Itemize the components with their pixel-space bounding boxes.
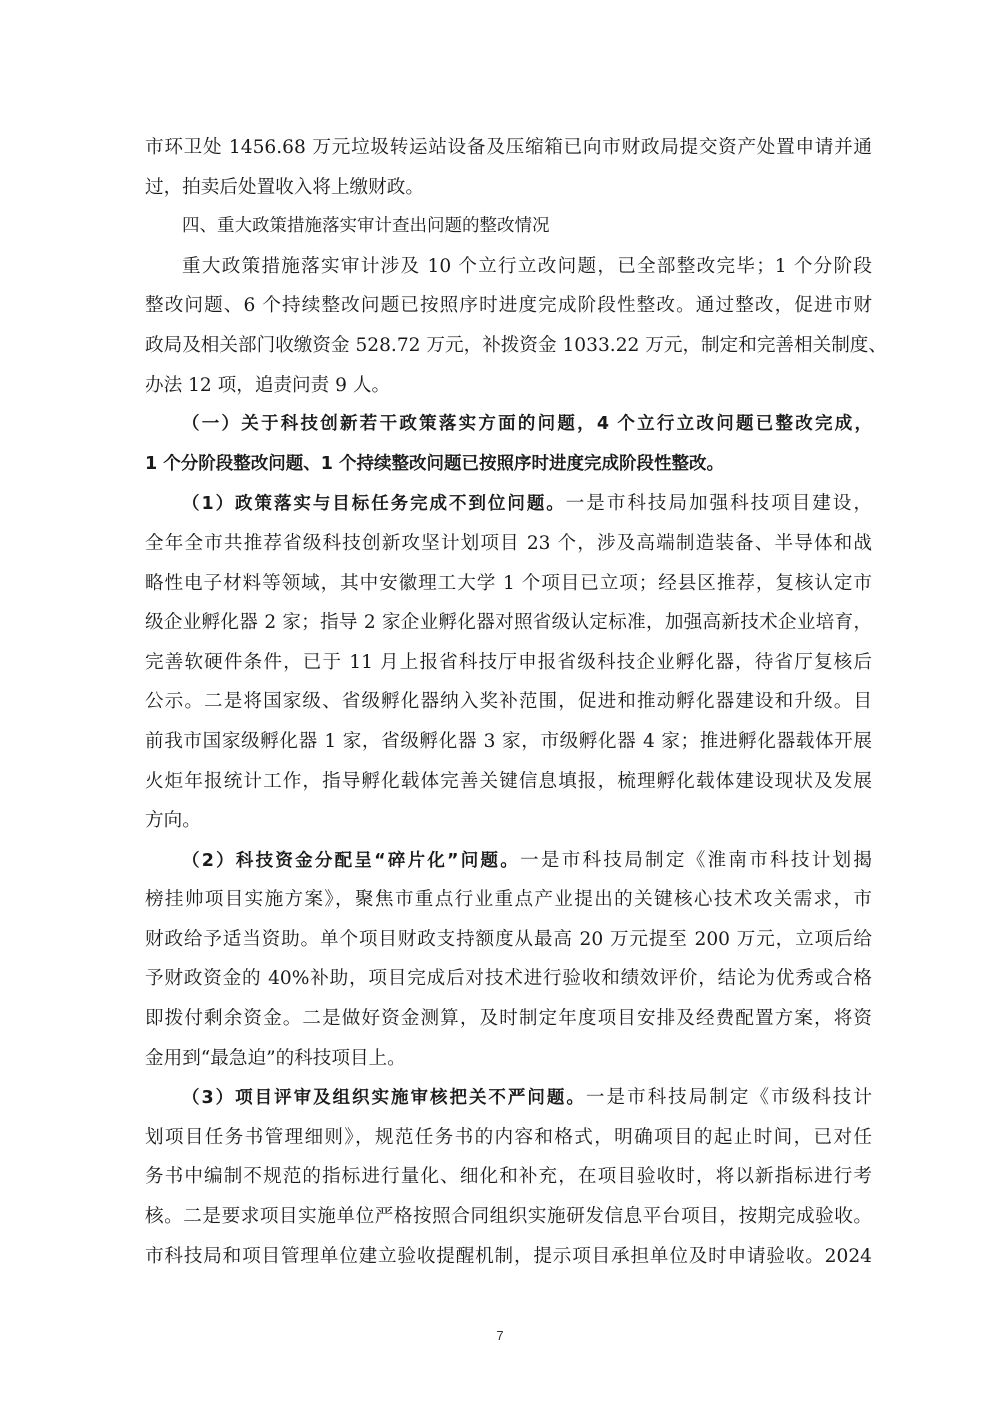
text-line: （3）项目评审及组织实施审核把关不严问题。一是市科技局制定《市级科技计	[145, 1078, 872, 1118]
item-1-paragraph: （1）政策落实与目标任务完成不到位问题。一是市科技局加强科技项目建设， 全年全市…	[145, 484, 872, 840]
text-line: 市环卫处 1456.68 万元垃圾转运站设备及压缩箱已向市财政局提交资产处置申请…	[145, 128, 872, 168]
text-line: 财政给予适当资助。单个项目财政支持额度从最高 20 万元提至 200 万元，立项…	[145, 920, 872, 960]
item-title: （3）项目评审及组织实施审核把关不严问题。	[182, 1088, 586, 1108]
text-line: 整改问题、6 个持续整改问题已按照序时进度完成阶段性整改。通过整改，促进市财	[145, 286, 872, 326]
text-line: 金用到“最急迫”的科技项目上。	[145, 1039, 872, 1079]
item-2-paragraph: （2）科技资金分配呈“碎片化”问题。一是市科技局制定《淮南市科技计划揭 榜挂帅项…	[145, 841, 872, 1079]
text-line: 政局及相关部门收缴资金 528.72 万元，补拨资金 1033.22 万元，制定…	[145, 326, 872, 366]
text-line: 榜挂帅项目实施方案》，聚焦市重点行业重点产业提出的关键核心技术攻关需求，市	[145, 880, 872, 920]
summary-paragraph: 重大政策措施落实审计涉及 10 个立行立改问题，已全部整改完毕；1 个分阶段 整…	[145, 247, 872, 405]
text-line: 予财政资金的 40%补助，项目完成后对技术进行验收和绩效评价，结论为优秀或合格	[145, 959, 872, 999]
item-3-paragraph: （3）项目评审及组织实施审核把关不严问题。一是市科技局制定《市级科技计 划项目任…	[145, 1078, 872, 1276]
item-title: （1）政策落实与目标任务完成不到位问题。	[182, 494, 566, 514]
text-line: 即拨付剩余资金。二是做好资金测算，及时制定年度项目安排及经费配置方案，将资	[145, 999, 872, 1039]
text-line: 市科技局和项目管理单位建立验收提醒机制，提示项目承担单位及时申请验收。2024	[145, 1237, 872, 1277]
text-line: 火炬年报统计工作，指导孵化载体完善关键信息填报，梳理孵化载体建设现状及发展	[145, 762, 872, 802]
text-line: 过，拍卖后处置收入将上缴财政。	[145, 168, 872, 208]
text-line: 方向。	[145, 801, 872, 841]
text-line: 1 个分阶段整改问题、1 个持续整改问题已按照序时进度完成阶段性整改。	[145, 445, 872, 485]
text-line: （1）政策落实与目标任务完成不到位问题。一是市科技局加强科技项目建设，	[145, 484, 872, 524]
text-line: （2）科技资金分配呈“碎片化”问题。一是市科技局制定《淮南市科技计划揭	[145, 841, 872, 881]
page-number: 7	[0, 1328, 1000, 1343]
text-line: 重大政策措施落实审计涉及 10 个立行立改问题，已全部整改完毕；1 个分阶段	[145, 247, 872, 287]
text-line: 公示。二是将国家级、省级孵化器纳入奖补范围，促进和推动孵化器建设和升级。目	[145, 682, 872, 722]
document-page: 市环卫处 1456.68 万元垃圾转运站设备及压缩箱已向市财政局提交资产处置申请…	[145, 128, 872, 1276]
text-line: 务书中编制不规范的指标进行量化、细化和补充，在项目验收时，将以新指标进行考	[145, 1157, 872, 1197]
text-line: 略性电子材料等领域，其中安徽理工大学 1 个项目已立项；经县区推荐，复核认定市	[145, 564, 872, 604]
continuation-paragraph: 市环卫处 1456.68 万元垃圾转运站设备及压缩箱已向市财政局提交资产处置申请…	[145, 128, 872, 207]
text-line: 办法 12 项，追责问责 9 人。	[145, 366, 872, 406]
text-line: 划项目任务书管理细则》，规范任务书的内容和格式，明确项目的起止时间，已对任	[145, 1118, 872, 1158]
subsection-heading: （一）关于科技创新若干政策落实方面的问题，4 个立行立改问题已整改完成， 1 个…	[145, 405, 872, 484]
item-text: 一是市科技局制定《市级科技计	[586, 1087, 872, 1108]
section-heading: 四、重大政策措施落实审计查出问题的整改情况	[145, 207, 872, 247]
text-line: 级企业孵化器 2 家；指导 2 家企业孵化器对照省级认定标准，加强高新技术企业培…	[145, 603, 872, 643]
item-text: 一是市科技局制定《淮南市科技计划揭	[520, 850, 872, 871]
item-title: （2）科技资金分配呈“碎片化”问题。	[182, 851, 520, 871]
item-text: 一是市科技局加强科技项目建设，	[566, 493, 872, 514]
text-line: 核。二是要求项目实施单位严格按照合同组织实施研发信息平台项目，按期完成验收。	[145, 1197, 872, 1237]
text-line: 全年全市共推荐省级科技创新攻坚计划项目 23 个，涉及高端制造装备、半导体和战	[145, 524, 872, 564]
text-line: 完善软硬件条件，已于 11 月上报省科技厅申报省级科技企业孵化器，待省厅复核后	[145, 643, 872, 683]
text-line: （一）关于科技创新若干政策落实方面的问题，4 个立行立改问题已整改完成，	[145, 405, 872, 445]
text-line: 前我市国家级孵化器 1 家，省级孵化器 3 家，市级孵化器 4 家；推进孵化器载…	[145, 722, 872, 762]
